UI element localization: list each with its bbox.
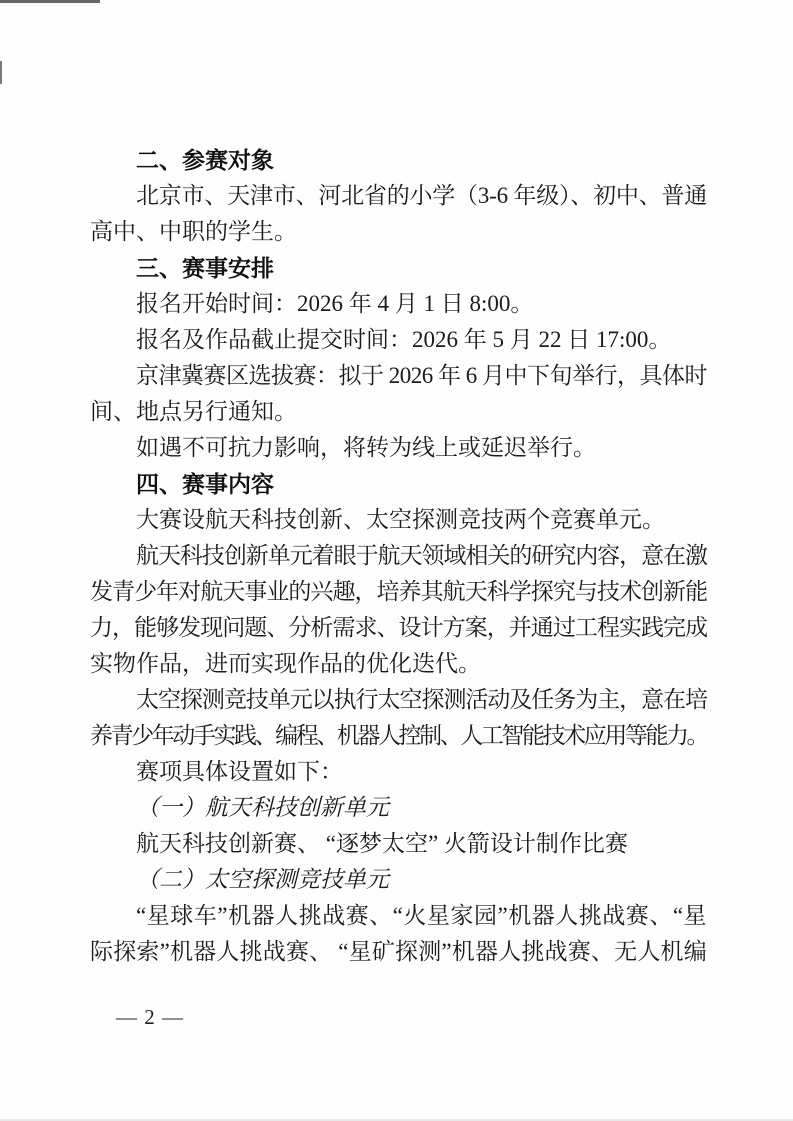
text-line: 力，能够发现问题、分析需求、设计方案，并通过工程实践完成	[90, 610, 707, 646]
text-line: 大赛设航天科技创新、太空探测竞技两个竞赛单元。	[90, 502, 707, 538]
text-line: 赛项具体设置如下：	[90, 754, 707, 790]
document-body: 二、参赛对象北京市、天津市、河北省的小学（3-6 年级）、初中、普通高中、中职的…	[90, 142, 707, 970]
text-line: 京津冀赛区选拔赛：拟于 2026 年 6 月中下旬举行，具体时	[90, 358, 707, 394]
text-line: 报名开始时间：2026 年 4 月 1 日 8:00。	[90, 286, 707, 322]
text-line: 间、地点另行通知。	[90, 394, 707, 430]
text-line: 二、参赛对象	[90, 142, 707, 178]
document-page: 二、参赛对象北京市、天津市、河北省的小学（3-6 年级）、初中、普通高中、中职的…	[0, 0, 793, 1121]
page-number: — 2 —	[116, 1002, 184, 1032]
text-line: （一）航天科技创新单元	[90, 790, 707, 826]
text-line: “星球车”机器人挑战赛、“火星家园”机器人挑战赛、“星	[90, 898, 707, 934]
text-line: 太空探测竞技单元以执行太空探测活动及任务为主，意在培	[90, 682, 707, 718]
text-line: 航天科技创新单元着眼于航天领域相关的研究内容，意在激	[90, 538, 707, 574]
text-line: 发青少年对航天事业的兴趣，培养其航天科学探究与技术创新能	[90, 574, 707, 610]
scan-artifact-left-edge	[0, 61, 2, 84]
text-line: 报名及作品截止提交时间：2026 年 5 月 22 日 17:00。	[90, 322, 707, 358]
text-line: 际探索”机器人挑战赛、 “星矿探测”机器人挑战赛、无人机编	[90, 934, 707, 970]
text-line: 四、赛事内容	[90, 466, 707, 502]
text-line: 如遇不可抗力影响，将转为线上或延迟举行。	[90, 430, 707, 466]
text-line: 高中、中职的学生。	[90, 214, 707, 250]
text-line: 航天科技创新赛、 “逐梦太空” 火箭设计制作比赛	[90, 826, 707, 862]
text-line: 养青少年动手实践、编程、机器人控制、人工智能技术应用等能力。	[90, 718, 707, 754]
text-line: 北京市、天津市、河北省的小学（3-6 年级）、初中、普通	[90, 178, 707, 214]
text-line: 三、赛事安排	[90, 250, 707, 286]
scan-artifact-top-edge	[0, 0, 100, 3]
text-line: （二）太空探测竞技单元	[90, 862, 707, 898]
text-line: 实物作品，进而实现作品的优化迭代。	[90, 646, 707, 682]
